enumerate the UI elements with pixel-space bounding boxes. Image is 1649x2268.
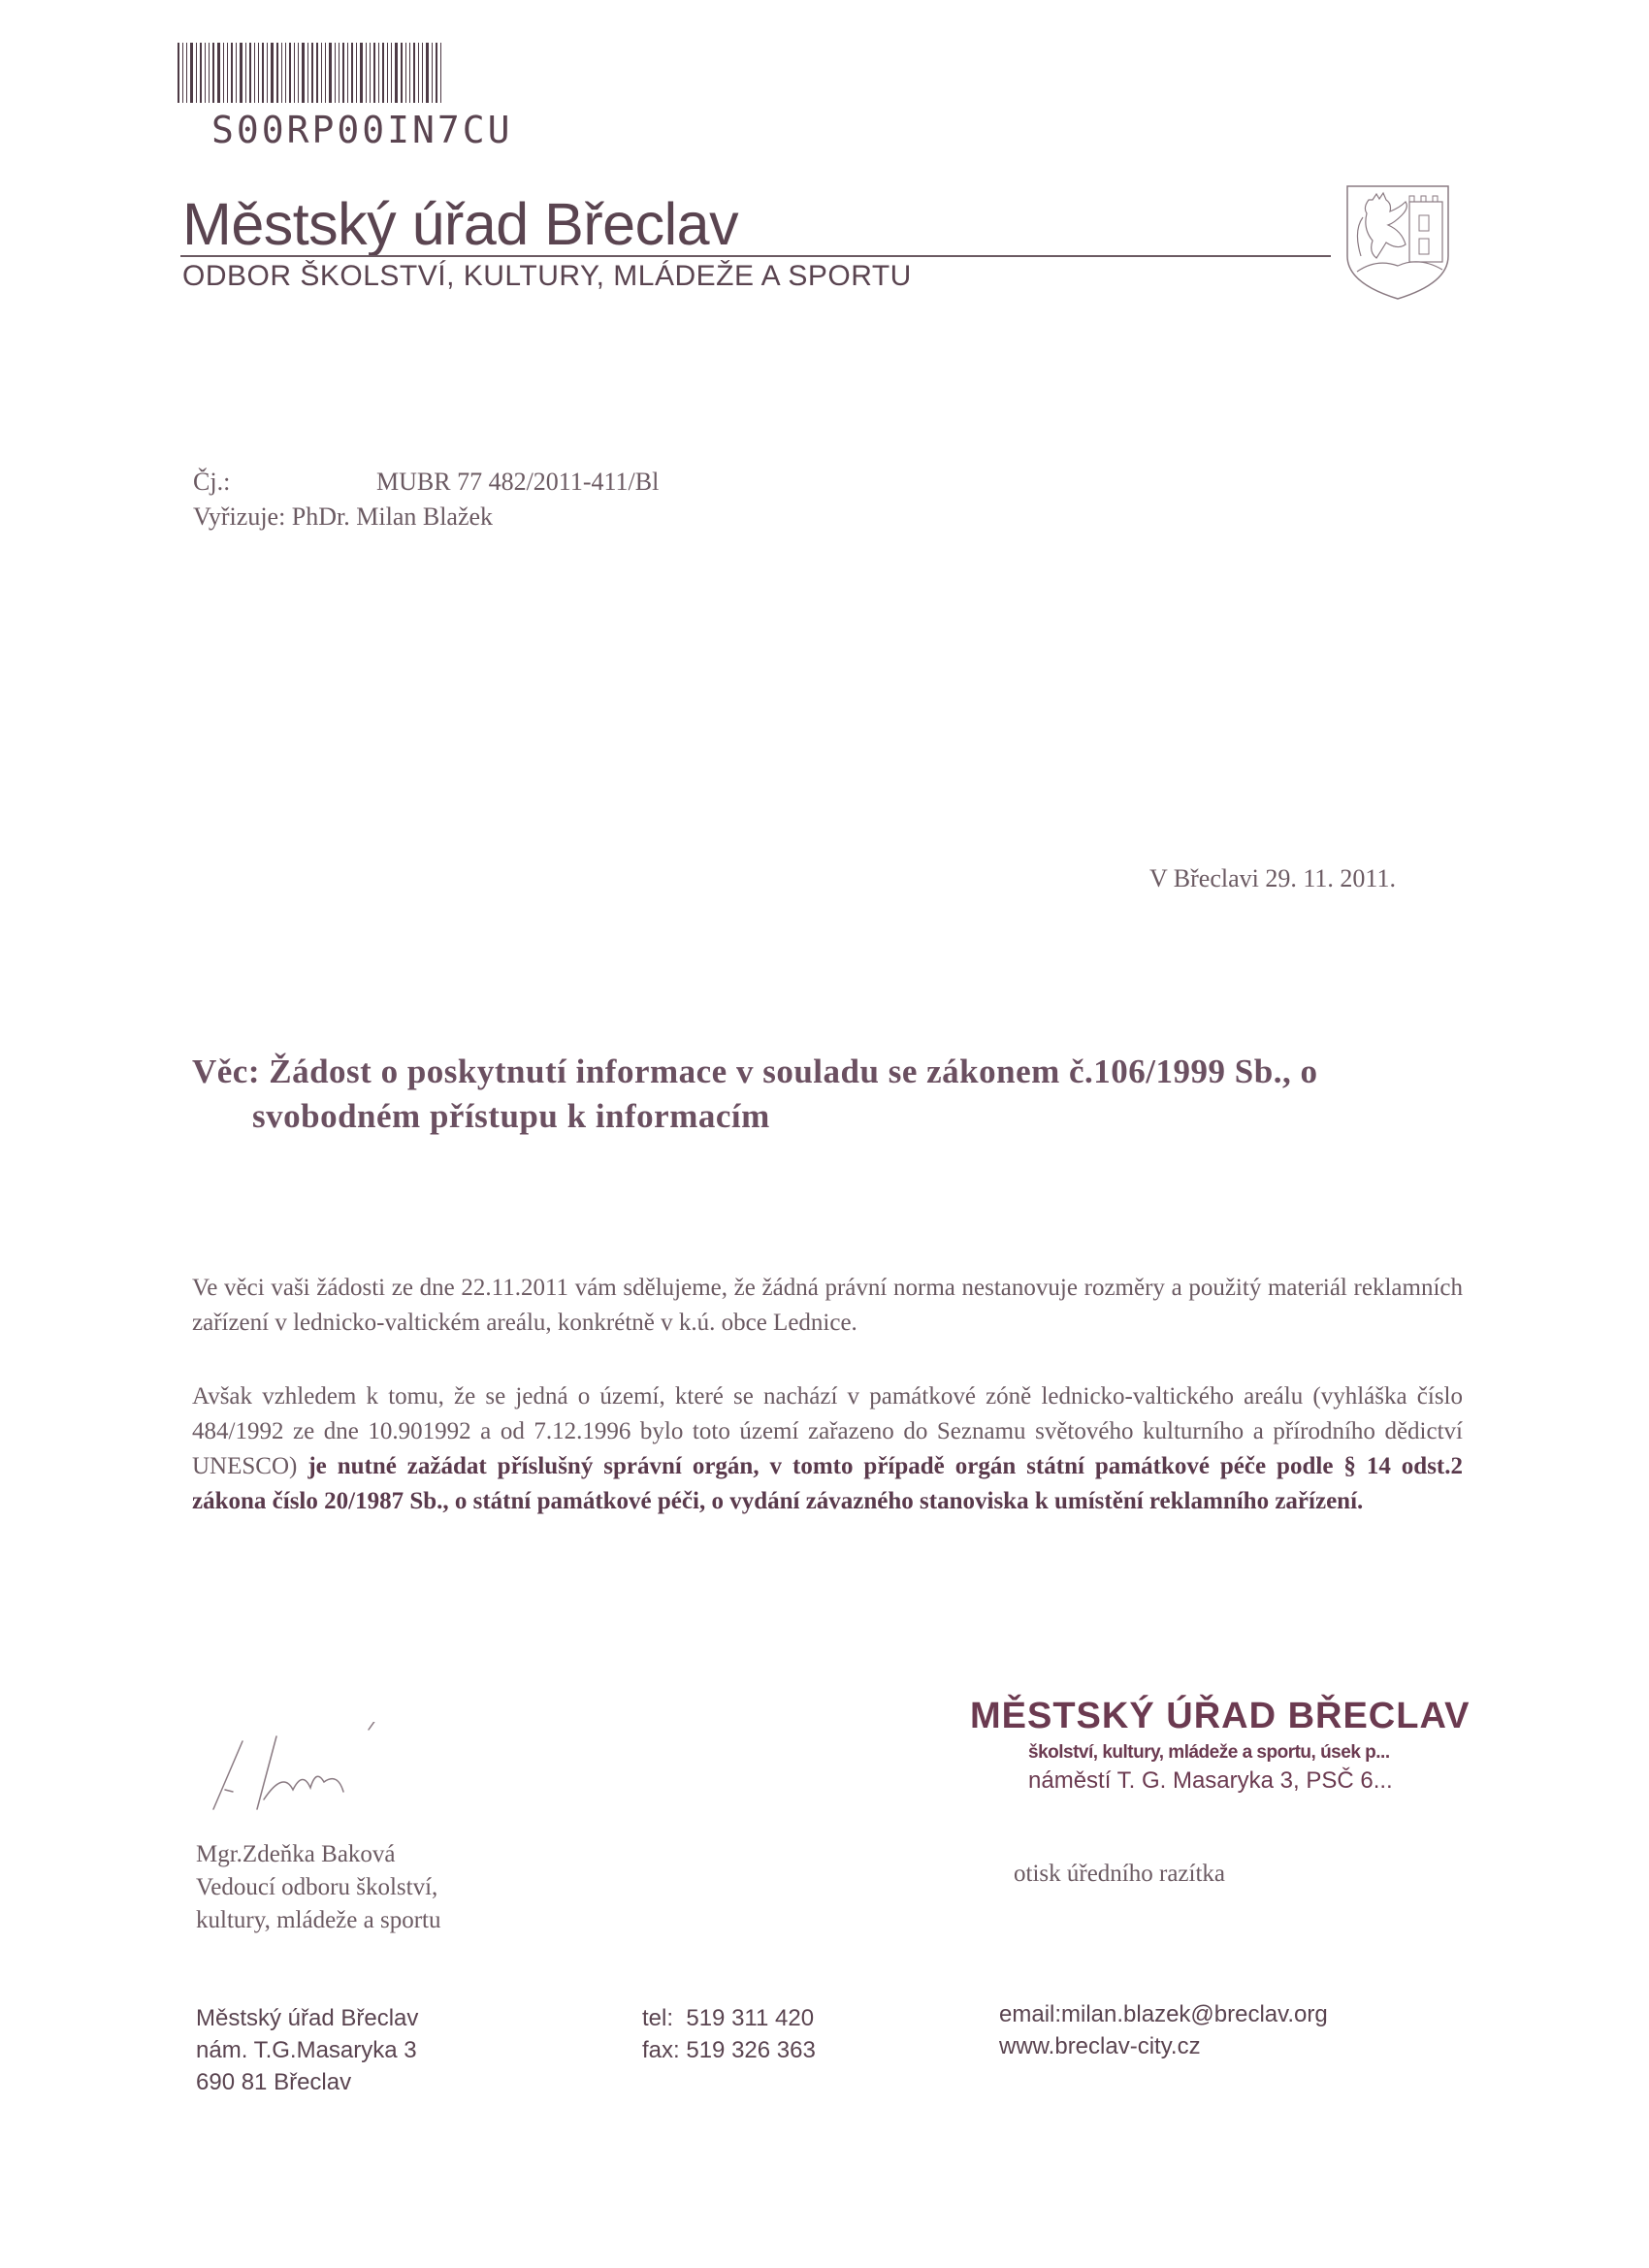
barcode-bar	[342, 43, 344, 103]
barcode-bar	[302, 43, 305, 103]
barcode-bar	[227, 43, 228, 103]
subject-line-2: svobodném přístupu k informacím	[192, 1094, 1482, 1139]
barcode-bar	[281, 43, 282, 103]
handwritten-signature-icon	[204, 1722, 495, 1838]
footer-address-line: 690 81 Břeclav	[196, 2066, 418, 2098]
barcode-bar	[356, 43, 357, 103]
barcode-number: S00RP00IN7CU	[211, 109, 513, 151]
barcode-bar	[418, 43, 419, 103]
barcode-bar	[440, 43, 441, 103]
barcode-bar	[196, 43, 197, 103]
subject-line-1: Věc: Žádost o poskytnutí informace v sou…	[192, 1053, 1317, 1090]
barcode-bar	[271, 43, 274, 103]
header-divider	[180, 255, 1331, 257]
official-stamp-title: MĚSTSKÝ ÚŘAD BŘECLAV	[970, 1696, 1470, 1737]
barcode-bar	[254, 43, 255, 103]
reference-label: Čj.:	[193, 468, 230, 497]
barcode-bar	[285, 43, 286, 103]
body-paragraph-2-emphasis: je nutné zažádat příslušný správní orgán…	[192, 1453, 1463, 1514]
barcode-bar	[240, 43, 242, 103]
barcode-bar	[209, 43, 210, 103]
barcode-bar	[267, 43, 268, 103]
footer-contact-phone: tel: 519 311 420 fax: 519 326 363	[642, 2002, 816, 2066]
footer-fax: fax: 519 326 363	[642, 2034, 816, 2066]
barcode-bar	[329, 43, 332, 103]
barcode-bar	[205, 43, 206, 103]
barcode-bar	[360, 43, 363, 103]
barcode-bar	[387, 43, 388, 103]
signatory-role-line-1: Vedoucí odboru školství,	[196, 1871, 437, 1904]
signatory-role-line-2: kultury, mládeže a sportu	[196, 1904, 440, 1937]
barcode-bar	[339, 43, 339, 103]
barcode-bar	[373, 43, 375, 103]
barcode-bar	[298, 43, 299, 103]
barcode-bar	[405, 43, 406, 103]
barcode-bar	[217, 43, 220, 103]
body-paragraph-1: Ve věci vaši žádosti ze dne 22.11.2011 v…	[192, 1271, 1463, 1341]
barcode-bar	[370, 43, 371, 103]
barcode-bar	[366, 43, 367, 103]
place-and-date: V Břeclavi 29. 11. 2011.	[1149, 864, 1396, 893]
reference-number: MUBR 77 482/2011-411/Bl	[376, 468, 659, 497]
barcode-bar	[325, 43, 326, 103]
barcode-bar	[382, 43, 384, 103]
barcode-bar	[223, 43, 224, 103]
barcode-bar	[378, 43, 379, 103]
department-name: ODBOR ŠKOLSTVÍ, KULTURY, MLÁDEŽE A SPORT…	[182, 260, 912, 293]
office-title: Městský úřad Břeclav	[182, 190, 738, 258]
footer-phone: tel: 519 311 420	[642, 2002, 816, 2034]
barcode-icon	[178, 43, 522, 103]
footer-address-line: Městský úřad Břeclav	[196, 2002, 418, 2034]
footer-contact-web: email:milan.blazek@breclav.org www.brecl…	[999, 1998, 1328, 2062]
barcode-bar	[316, 43, 318, 103]
barcode-bar	[409, 43, 410, 103]
barcode-bar	[422, 43, 423, 103]
barcode-bar	[391, 43, 392, 103]
footer-website[interactable]: www.breclav-city.cz	[999, 2030, 1328, 2062]
official-stamp-address: náměstí T. G. Masaryka 3, PSČ 6...	[1028, 1767, 1393, 1795]
footer-email[interactable]: email:milan.blazek@breclav.org	[999, 1998, 1328, 2030]
barcode-bar	[200, 43, 202, 103]
barcode-bar	[212, 43, 214, 103]
barcode-bar	[190, 43, 193, 103]
barcode-bar	[178, 43, 179, 103]
barcode-bar	[231, 43, 233, 103]
barcode-bar	[186, 43, 187, 103]
footer-address: Městský úřad Břeclav nám. T.G.Masaryka 3…	[196, 2002, 418, 2098]
barcode-bar	[395, 43, 398, 103]
barcode-bar	[262, 43, 264, 103]
barcode-bar	[321, 43, 322, 103]
body-paragraph-2: Avšak vzhledem k tomu, že se jedná o úze…	[192, 1379, 1463, 1519]
barcode-bar	[311, 43, 313, 103]
signatory-name: Mgr.Zdeňka Baková	[196, 1838, 396, 1871]
barcode-bar	[401, 43, 403, 103]
barcode-bar	[276, 43, 278, 103]
barcode-bar	[351, 43, 353, 103]
barcode-bar	[289, 43, 291, 103]
barcode-bar	[294, 43, 295, 103]
barcode-bar	[335, 43, 336, 103]
subject-heading: Věc: Žádost o poskytnutí informace v sou…	[192, 1050, 1482, 1139]
barcode-bar	[413, 43, 415, 103]
handled-by: Vyřizuje: PhDr. Milan Blažek	[193, 502, 493, 532]
barcode-bar	[249, 43, 251, 103]
stamp-caption: otisk úředního razítka	[1014, 1861, 1225, 1888]
footer-address-line: nám. T.G.Masaryka 3	[196, 2034, 418, 2066]
barcode-bar	[307, 43, 308, 103]
barcode-bar	[258, 43, 259, 103]
barcode-bar	[347, 43, 348, 103]
official-stamp-department: školství, kultury, mládeže a sportu, úse…	[1028, 1742, 1390, 1764]
coat-of-arms-icon	[1334, 178, 1462, 303]
barcode-bar	[426, 43, 429, 103]
barcode-bar	[236, 43, 237, 103]
barcode-bar	[245, 43, 246, 103]
barcode-bar	[436, 43, 437, 103]
barcode-bar	[182, 43, 183, 103]
barcode-bar	[432, 43, 433, 103]
